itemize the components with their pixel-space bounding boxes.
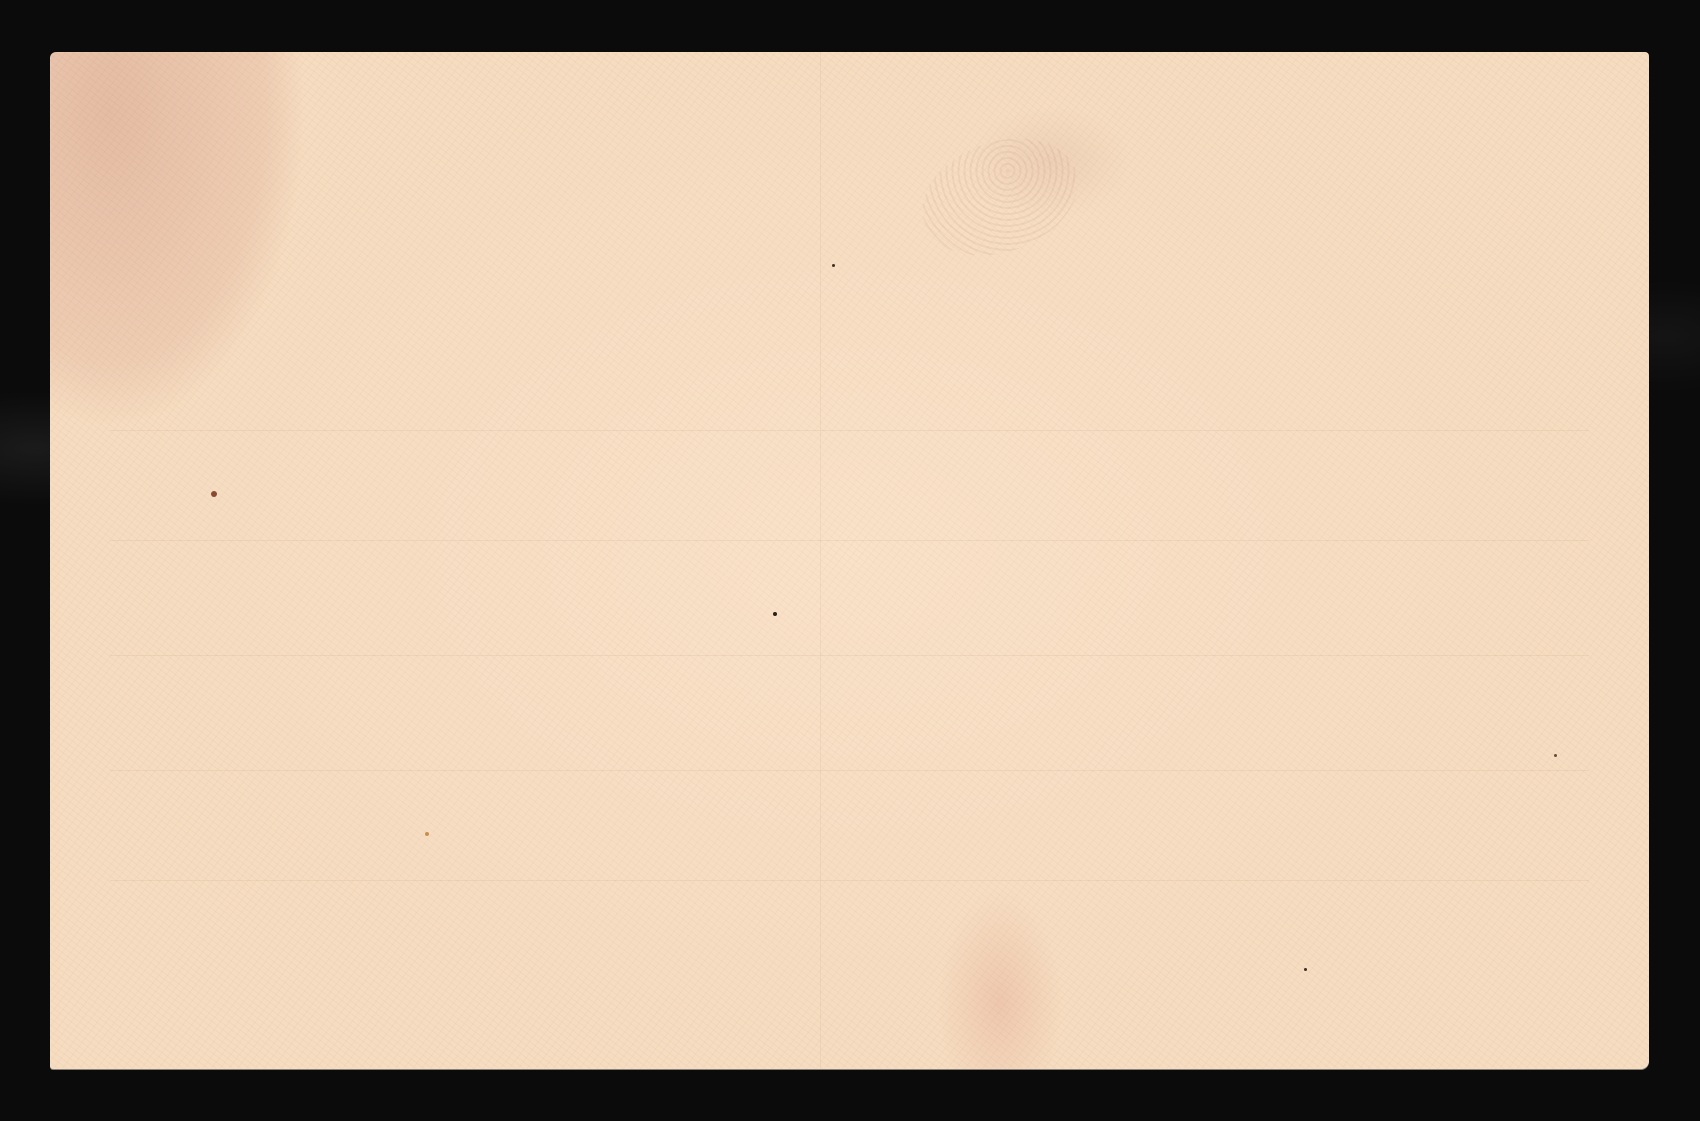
postcard: [50, 52, 1649, 1069]
speck: [773, 612, 777, 616]
paper-grain: [50, 52, 1649, 1069]
speck: [1554, 754, 1557, 757]
speck: [425, 832, 429, 836]
ruled-line: [110, 430, 1589, 431]
ruled-line: [110, 770, 1589, 771]
speck: [1304, 968, 1307, 971]
ruled-line: [110, 880, 1589, 881]
speck: [211, 491, 217, 497]
speck: [832, 264, 835, 267]
ruled-line: [110, 540, 1589, 541]
ruled-line: [110, 655, 1589, 656]
center-divider-faint: [820, 52, 821, 1069]
